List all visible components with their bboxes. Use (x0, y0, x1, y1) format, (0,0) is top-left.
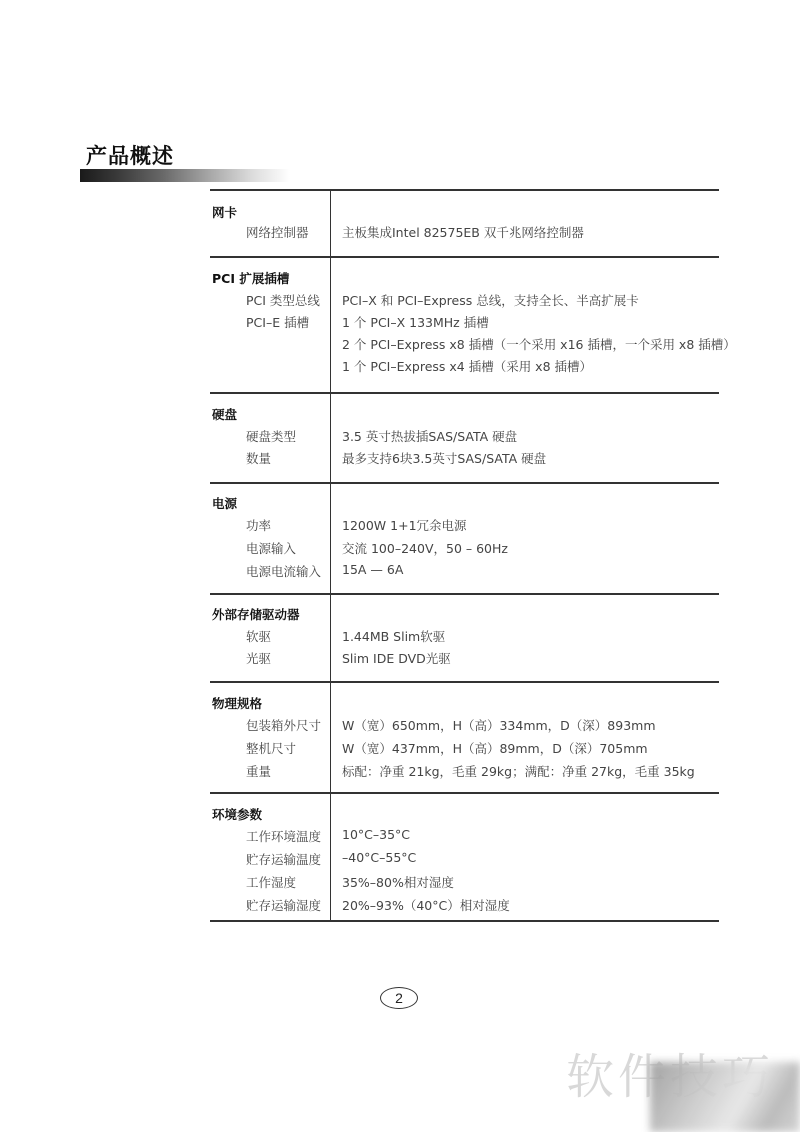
spec-label: 光驱 (246, 649, 271, 667)
spec-value: PCI–X 和 PCI–Express 总线，支持全长、半高扩展卡 (342, 291, 639, 309)
spec-value: W（宽）650mm，H（高）334mm，D（深）893mm (342, 716, 656, 734)
spec-value: 2 个 PCI–Express x8 插槽（一个采用 x16 插槽，一个采用 x… (342, 335, 736, 353)
page-title: 产品概述 (86, 140, 174, 170)
spec-label: 数量 (246, 449, 271, 467)
spec-row: 贮存运输温度 –40°C–55°C (210, 850, 719, 872)
spec-label: 网络控制器 (246, 223, 309, 241)
spec-row: 网络控制器 主板集成Intel 82575EB 双千兆网络控制器 (210, 223, 719, 245)
spec-row: 工作湿度 35%–80%相对湿度 (210, 873, 719, 895)
spec-value: 交流 100–240V，50 – 60Hz (342, 539, 508, 557)
spec-row-continuation: 1 个 PCI–Express x4 插槽（采用 x8 插槽） (210, 357, 719, 379)
spec-label: 工作湿度 (246, 873, 296, 891)
spec-row: PCI 类型总线 PCI–X 和 PCI–Express 总线，支持全长、半高扩… (210, 291, 719, 313)
section-rule (210, 482, 719, 484)
table-top-rule (210, 189, 719, 191)
spec-label: 贮存运输温度 (246, 850, 321, 868)
spec-value: 1.44MB Slim软驱 (342, 627, 445, 645)
spec-value: 20%–93%（40°C）相对湿度 (342, 896, 510, 914)
spec-value: 1200W 1+1冗余电源 (342, 516, 467, 534)
spec-label: PCI–E 插槽 (246, 313, 309, 331)
spec-row: 重量 标配：净重 21kg，毛重 29kg；满配：净重 27kg，毛重 35kg (210, 762, 719, 784)
section-rule (210, 593, 719, 595)
spec-value: 1 个 PCI–X 133MHz 插槽 (342, 313, 489, 331)
spec-label: 电源输入 (246, 539, 296, 557)
spec-row: 工作环境温度 10°C–35°C (210, 827, 719, 849)
spec-label: 重量 (246, 762, 271, 780)
section-title: 网卡 (212, 203, 237, 221)
spec-value: 15A — 6A (342, 562, 403, 577)
spec-row: 光驱 Slim IDE DVD光驱 (210, 649, 719, 671)
section-rule (210, 792, 719, 794)
spec-label: 工作环境温度 (246, 827, 321, 845)
title-gradient-bar (80, 169, 290, 182)
spec-row: 包装箱外尺寸 W（宽）650mm，H（高）334mm，D（深）893mm (210, 716, 719, 738)
spec-row: 软驱 1.44MB Slim软驱 (210, 627, 719, 649)
section-rule (210, 392, 719, 394)
spec-value: 标配：净重 21kg，毛重 29kg；满配：净重 27kg，毛重 35kg (342, 762, 695, 780)
spec-label: 包装箱外尺寸 (246, 716, 321, 734)
spec-value: 1 个 PCI–Express x4 插槽（采用 x8 插槽） (342, 357, 592, 375)
spec-value: 10°C–35°C (342, 827, 410, 842)
table-bottom-rule (210, 920, 719, 922)
watermark-blur-patch (650, 1062, 800, 1132)
spec-row: 电源电流输入 15A — 6A (210, 562, 719, 584)
spec-value: 3.5 英寸热拔插SAS/SATA 硬盘 (342, 427, 517, 445)
spec-label: 硬盘类型 (246, 427, 296, 445)
page-number: 2 (380, 987, 418, 1009)
spec-row: 功率 1200W 1+1冗余电源 (210, 516, 719, 538)
spec-label: 整机尺寸 (246, 739, 296, 757)
spec-value: 最多支持6块3.5英寸SAS/SATA 硬盘 (342, 449, 546, 467)
spec-value: 主板集成Intel 82575EB 双千兆网络控制器 (342, 223, 584, 241)
spec-value: –40°C–55°C (342, 850, 416, 865)
section-title: 硬盘 (212, 405, 237, 423)
spec-row: 硬盘类型 3.5 英寸热拔插SAS/SATA 硬盘 (210, 427, 719, 449)
section-title: 电源 (212, 494, 237, 512)
spec-label: 电源电流输入 (246, 562, 321, 580)
spec-value: 35%–80%相对湿度 (342, 873, 454, 891)
section-rule (210, 681, 719, 683)
spec-row-continuation: 2 个 PCI–Express x8 插槽（一个采用 x16 插槽，一个采用 x… (210, 335, 719, 357)
spec-value: Slim IDE DVD光驱 (342, 649, 451, 667)
spec-row: 电源输入 交流 100–240V，50 – 60Hz (210, 539, 719, 561)
section-rule (210, 256, 719, 258)
spec-label: 功率 (246, 516, 271, 534)
spec-label: PCI 类型总线 (246, 291, 320, 309)
spec-row: PCI–E 插槽 1 个 PCI–X 133MHz 插槽 (210, 313, 719, 335)
spec-row: 整机尺寸 W（宽）437mm，H（高）89mm，D（深）705mm (210, 739, 719, 761)
spec-table: 网卡 网络控制器 主板集成Intel 82575EB 双千兆网络控制器 PCI … (210, 189, 719, 922)
spec-label: 软驱 (246, 627, 271, 645)
spec-row: 贮存运输湿度 20%–93%（40°C）相对湿度 (210, 896, 719, 918)
spec-label: 贮存运输湿度 (246, 896, 321, 914)
spec-row: 数量 最多支持6块3.5英寸SAS/SATA 硬盘 (210, 449, 719, 471)
section-title: 物理规格 (212, 694, 262, 712)
spec-value: W（宽）437mm，H（高）89mm，D（深）705mm (342, 739, 648, 757)
section-title: 环境参数 (212, 805, 262, 823)
section-title: PCI 扩展插槽 (212, 269, 289, 287)
section-title: 外部存储驱动器 (212, 605, 300, 623)
